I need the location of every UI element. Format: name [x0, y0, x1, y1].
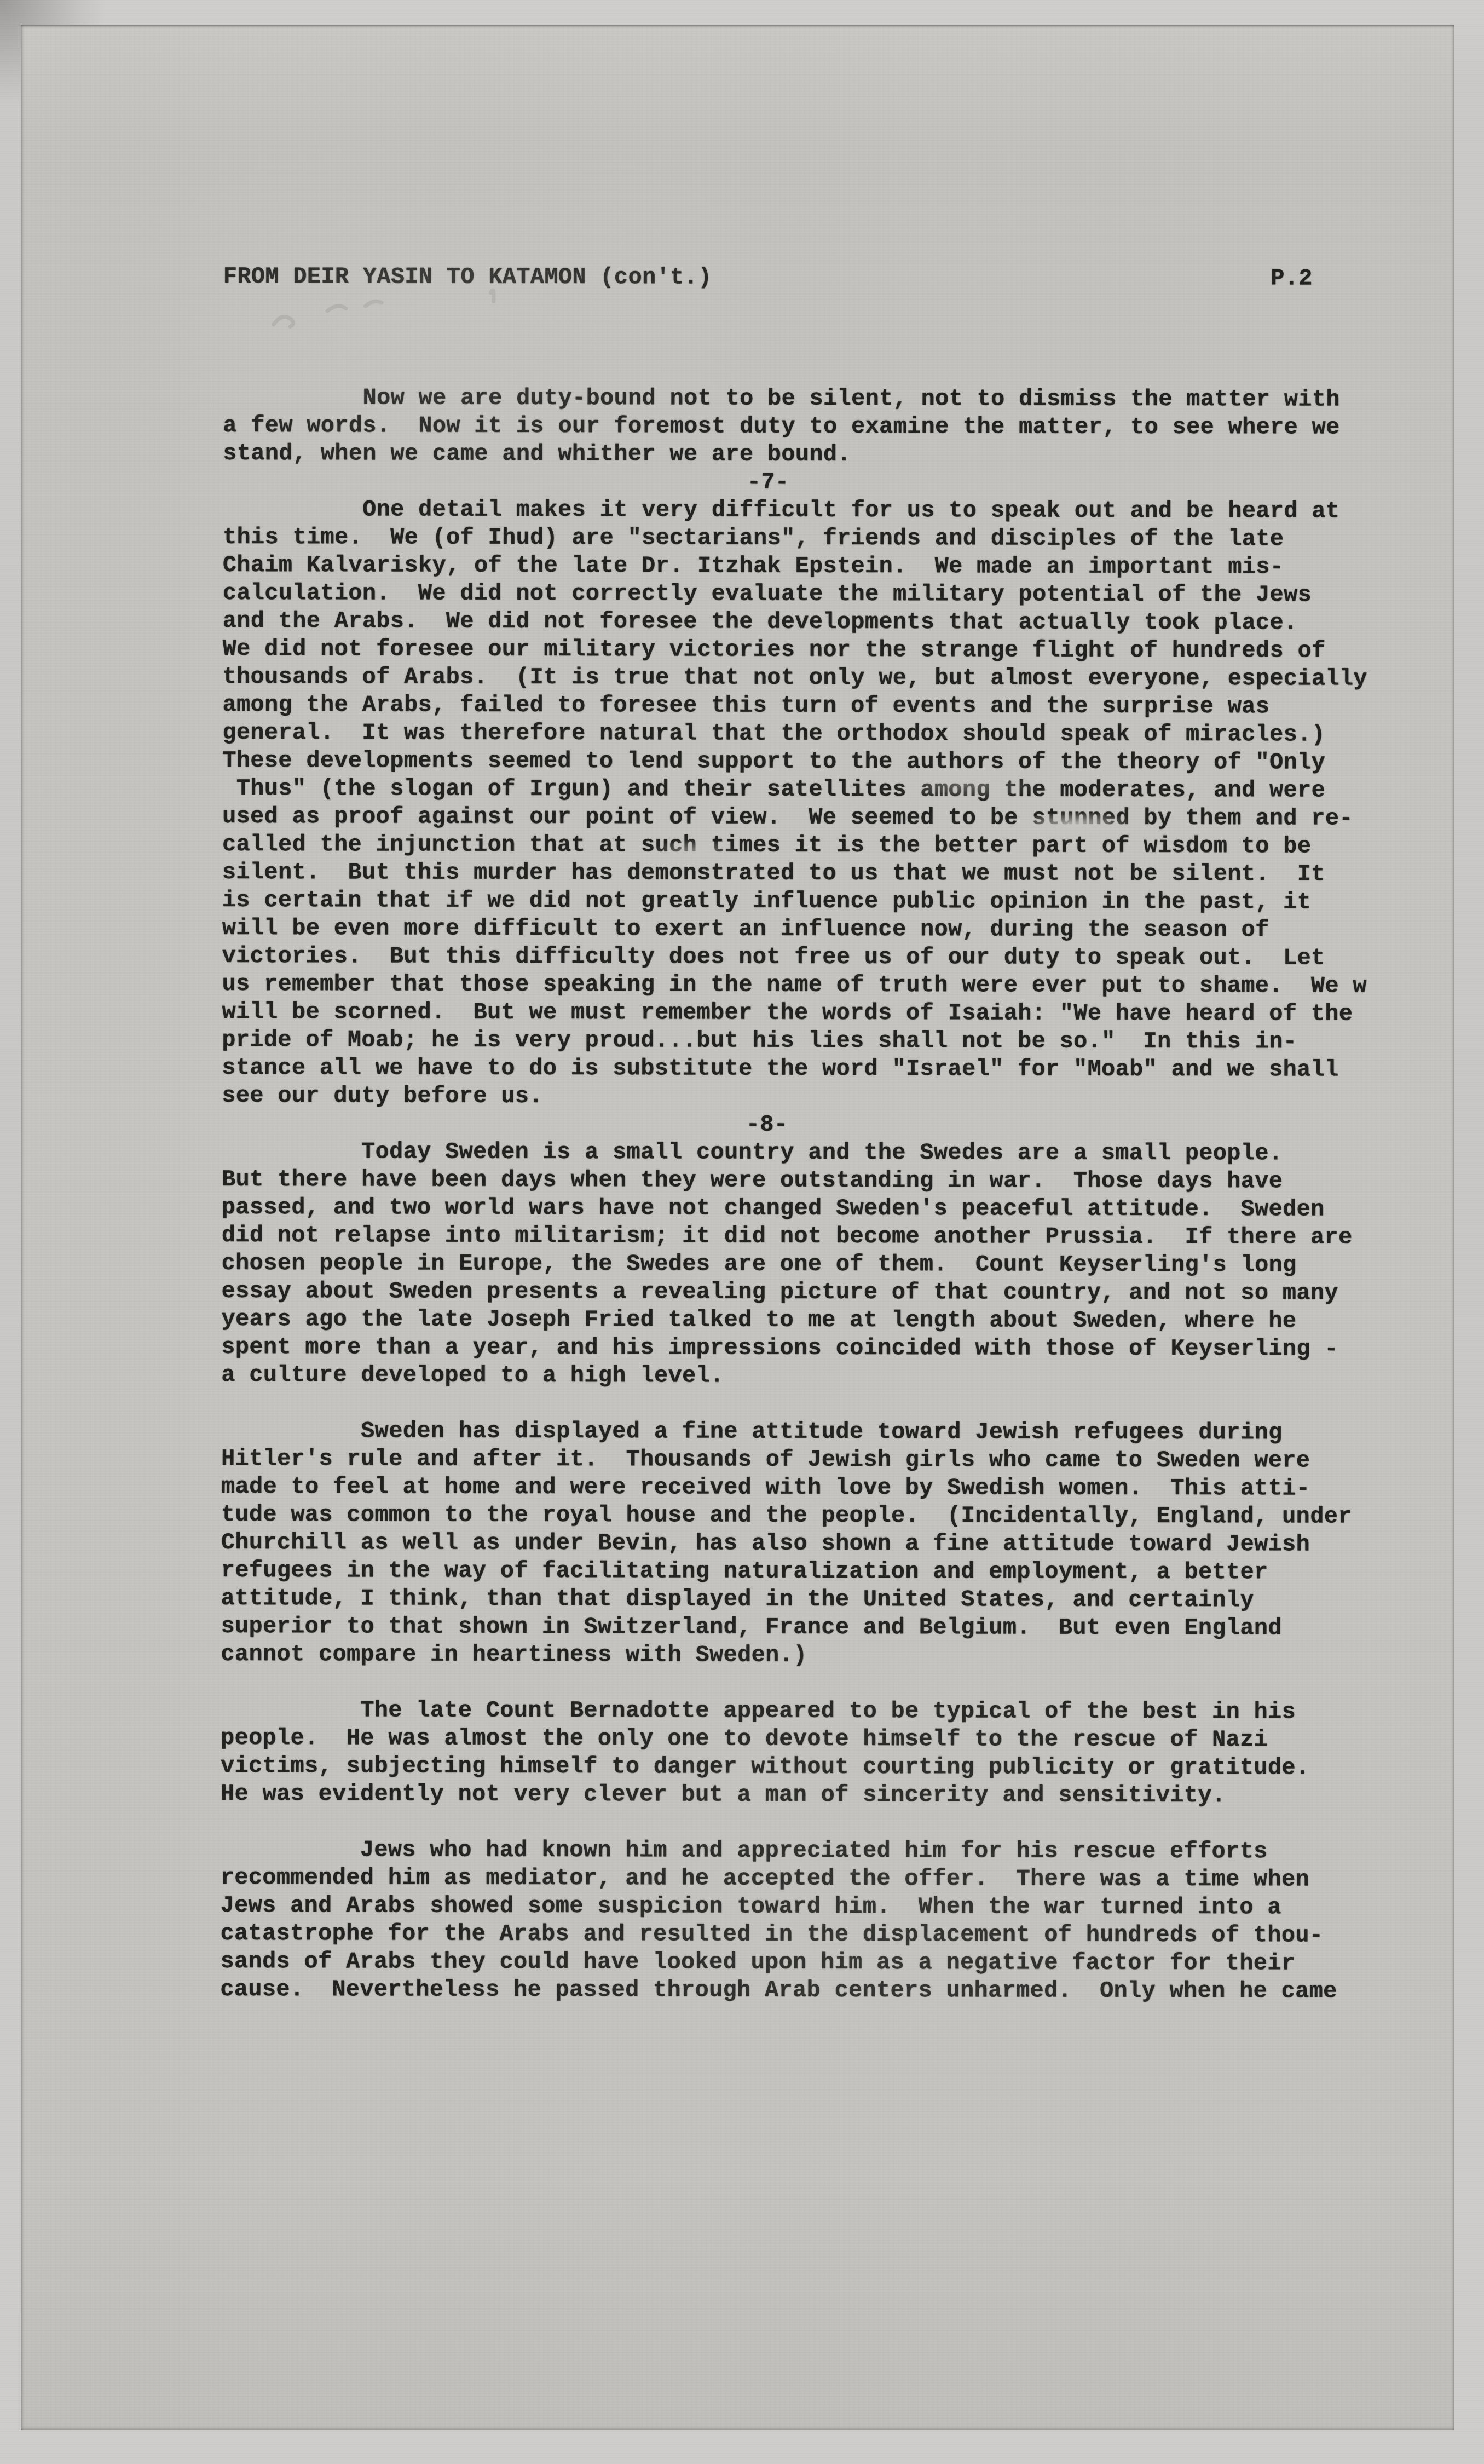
text-line: tude was common to the royal house and t… [221, 1501, 1382, 1531]
text-line: catastrophe for the Arabs and resulted i… [220, 1920, 1381, 1950]
text-line: Now we are duty-bound not to be silent, … [223, 384, 1383, 414]
text-line: Hitler's rule and after it. Thousands of… [221, 1445, 1382, 1475]
paragraph: Now we are duty-bound not to be silent, … [223, 384, 1383, 470]
text-line: stand, when we came and whither we are b… [223, 440, 1383, 470]
text-line: Thus" (the slogan of Irgun) and their sa… [222, 775, 1383, 805]
text-line: thousands of Arabs. (It is true that not… [222, 663, 1383, 693]
text-line: chosen people in Europe, the Swedes are … [222, 1250, 1382, 1280]
text-line: -7- [223, 468, 1313, 497]
text-line: used as proof against our point of view.… [222, 803, 1383, 833]
page-number: P.2 [1271, 264, 1313, 292]
text-line: Churchill as well as under Bevin, has al… [221, 1529, 1382, 1559]
text-line: Chaim Kalvarisky, of the late Dr. Itzhak… [223, 551, 1383, 582]
text-line: Sweden has displayed a fine attitude tow… [221, 1417, 1382, 1447]
text-line: spent more than a year, and his impressi… [221, 1333, 1382, 1363]
text-line: pride of Moab; he is very proud...but hi… [222, 1026, 1382, 1056]
paragraph: Jews who had known him and appreciated h… [220, 1836, 1381, 2006]
text-line: did not relapse into militarism; it did … [222, 1222, 1382, 1252]
text-line: cannot compare in heartiness with Sweden… [221, 1640, 1381, 1671]
text-line: see our duty before us. [222, 1082, 1382, 1112]
text-line: recommended him as mediator, and he acce… [221, 1864, 1381, 1894]
text-line: passed, and two world wars have not chan… [222, 1194, 1382, 1224]
paragraph: Today Sweden is a small country and the … [221, 1138, 1382, 1391]
section-marker: -8- [222, 1110, 1382, 1140]
text-line: victims, subjecting himself to danger wi… [221, 1752, 1381, 1782]
scanned-page: FROM DEIR YASIN TO KATAMON (con't.) P.2 … [21, 25, 1454, 2430]
text-line: -8- [222, 1110, 1312, 1139]
text-line: calculation. We did not correctly evalua… [223, 579, 1383, 609]
text-line: general. It was therefore natural that t… [222, 719, 1383, 749]
text-line: attitude, I think, than that displayed i… [221, 1585, 1382, 1615]
text-line: made to feel at home and were received w… [221, 1473, 1382, 1503]
text-line: We did not foresee our military victorie… [223, 635, 1383, 665]
text-line: victories. But this difficulty does not … [222, 942, 1383, 972]
text-line: These developments seemed to lend suppor… [222, 747, 1383, 777]
text-line: among the Arabs, failed to foresee this … [222, 691, 1383, 721]
text-line: Jews who had known him and appreciated h… [221, 1836, 1381, 1866]
text-line: refugees in the way of facilitating natu… [221, 1557, 1382, 1587]
section-marker: -7- [223, 468, 1383, 498]
text-line: cause. Nevertheless he passed through Ar… [220, 1976, 1381, 2006]
document-text: FROM DEIR YASIN TO KATAMON (con't.) P.2 … [220, 207, 1384, 2062]
document-text-blocks: Now we are duty-bound not to be silent, … [220, 384, 1383, 2006]
text-line: But there have been days when they were … [222, 1166, 1382, 1196]
text-line: is certain that if we did not greatly in… [222, 886, 1383, 917]
text-line: and the Arabs. We did not foresee the de… [223, 607, 1383, 637]
document-title: FROM DEIR YASIN TO KATAMON (con't.) [223, 263, 712, 292]
text-line: years ago the late Joseph Fried talked t… [221, 1305, 1382, 1335]
text-line: One detail makes it very difficult for u… [223, 496, 1383, 526]
paragraph: The late Count Bernadotte appeared to be… [221, 1696, 1381, 1810]
text-line: a few words. Now it is our foremost duty… [223, 412, 1383, 442]
text-line: will be even more difficult to exert an … [222, 914, 1383, 945]
text-line: silent. But this murder has demonstrated… [222, 859, 1383, 889]
text-line: essay about Sweden presents a revealing … [221, 1277, 1382, 1308]
paragraph: Sweden has displayed a fine attitude tow… [221, 1417, 1382, 1671]
text-line: Today Sweden is a small country and the … [222, 1138, 1382, 1168]
text-line: Jews and Arabs showed some suspicion tow… [221, 1892, 1381, 1922]
text-line: stance all we have to do is substitute t… [222, 1054, 1382, 1084]
text-line: will be scorned. But we must remember th… [222, 998, 1382, 1028]
page-header: FROM DEIR YASIN TO KATAMON (con't.) P.2 [223, 263, 1313, 292]
text-line: He was evidently not very clever but a m… [221, 1780, 1381, 1810]
text-line: us remember that those speaking in the n… [222, 970, 1382, 1000]
text-line: superior to that shown in Switzerland, F… [221, 1613, 1381, 1643]
text-line: a culture developed to a high level. [221, 1361, 1382, 1391]
text-line: The late Count Bernadotte appeared to be… [221, 1696, 1381, 1726]
paragraph: One detail makes it very difficult for u… [222, 496, 1383, 1112]
text-line: called the injunction that at such times… [222, 831, 1383, 861]
text-line: people. He was almost the only one to de… [221, 1724, 1381, 1754]
text-line: this time. We (of Ihud) are "sectarians"… [223, 523, 1383, 554]
text-line: sands of Arabs they could have looked up… [220, 1948, 1381, 1978]
